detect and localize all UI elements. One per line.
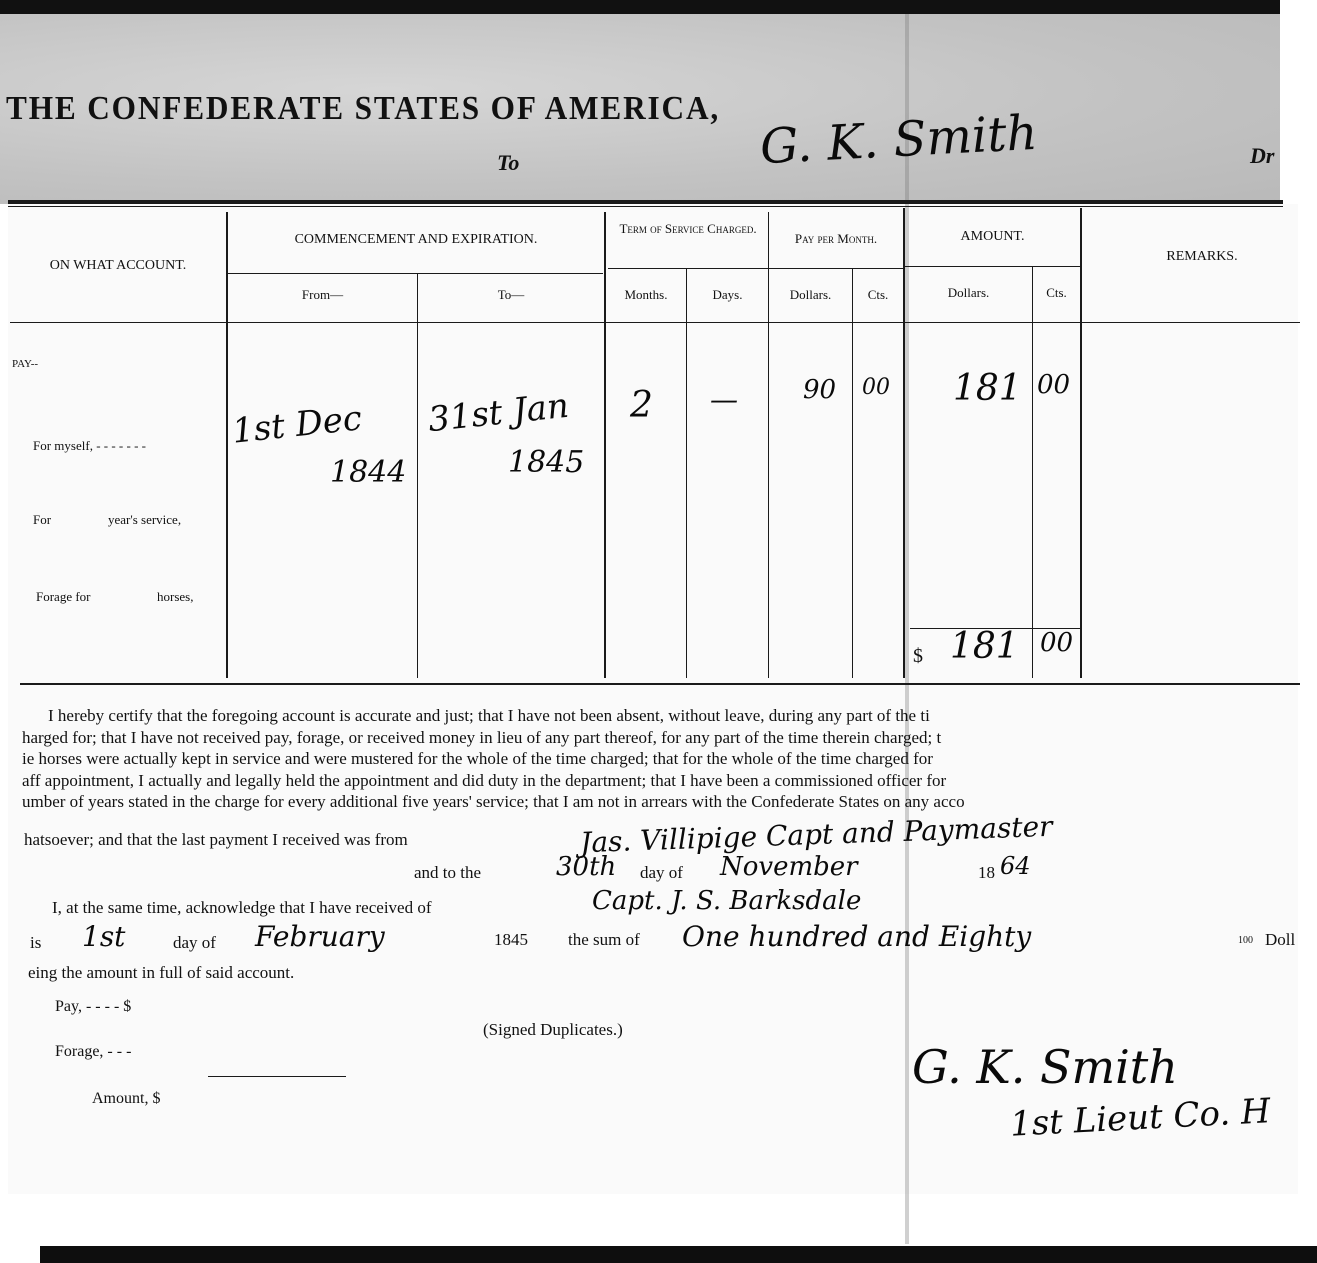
table-bottom-rule [20,683,1300,685]
dollars-label: Doll [1265,930,1295,950]
col-divider [1080,208,1082,678]
sum-in-words: One hundred and Eighty [682,920,1031,953]
scan-bottom-border [40,1246,1317,1263]
row-label-pay: PAY-- [12,358,38,370]
col-header-amount-cts: Cts. [1033,285,1080,301]
col-divider [226,212,228,678]
last-payment-label: hatsoever; and that the last payment I r… [24,830,408,850]
entry-days: — [710,383,738,416]
scan-top-border [0,0,1280,14]
col-header-amount: AMOUNT. [905,229,1080,245]
certification-line: I hereby certify that the foregoing acco… [22,705,1302,727]
col-header-pay-cts: Cts. [853,287,903,303]
day-of-label: day of [640,863,683,883]
col-header-term: Term of Service Charged. [608,222,768,236]
received-day: 1st [82,920,125,953]
signature-name: G. K. Smith [912,1040,1178,1094]
paper-fold-line [905,14,909,1244]
table-top-rule-thin [8,206,1283,207]
total-dollar-sign: $ [913,645,923,668]
received-of-name: Capt. J. S. Barksdale [592,886,861,916]
col-divider [417,273,418,678]
last-payment-day: 30th [556,852,616,882]
entry-total-dollars: 181 [950,626,1019,667]
document-title: THE CONFEDERATE STATES OF AMERICA, [6,90,720,128]
entry-total-cts: 00 [1040,628,1073,658]
scan-right-margin [1280,0,1317,200]
full-amount-label: eing the amount in full of said account. [28,963,294,983]
row-label-years-service: year's service, [108,512,181,528]
entry-amount-dollars: 181 [953,368,1022,409]
cents-fraction: 100 [1238,935,1253,946]
col-divider [686,268,687,678]
entry-pay-dollars: 90 [803,375,836,405]
col-header-remarks: REMARKS. [1082,249,1317,265]
received-month: February [255,920,385,953]
row-label-forage-for: Forage for [36,589,91,605]
received-day-of-label: day of [173,933,216,953]
summary-rule [208,1076,346,1077]
col-divider [1032,266,1033,678]
summary-pay: Pay, - - - - $ [55,998,131,1016]
summary-amount: Amount, $ [92,1090,160,1108]
certification-line: umber of years stated in the charge for … [22,791,1302,813]
row-label-horses: horses, [157,589,193,605]
commencement-subrule [228,273,603,274]
entry-pay-cts: 00 [862,375,890,400]
table-top-rule [8,200,1283,204]
header-bottom-rule [10,322,1300,323]
certification-line: aff appointment, I actually and legally … [22,770,1302,792]
term-pay-subrule [608,268,903,269]
this-label: is [30,933,41,953]
entry-to-year: 1845 [508,445,584,480]
col-header-amount-dollars: Dollars. [905,285,1032,301]
col-header-account: ON WHAT ACCOUNT. [10,258,226,274]
and-to-the-label: and to the [414,863,481,883]
col-divider [604,212,606,678]
col-header-days: Days. [687,287,768,303]
certification-line: ie horses were actually kept in service … [22,748,1302,770]
received-year: 1845 [494,930,528,950]
col-divider [852,268,853,678]
col-header-commencement: COMMENCEMENT AND EXPIRATION. [228,232,604,248]
col-header-from: From— [228,287,417,303]
certification-line: harged for; that I have not received pay… [22,727,1302,749]
entry-amount-cts: 00 [1037,370,1070,400]
col-header-pay-per-month: Pay per Month. [769,231,903,247]
col-divider [768,212,769,678]
col-header-months: Months. [606,287,686,303]
col-divider [903,208,905,678]
amount-subrule [905,266,1080,267]
entry-months: 2 [630,385,653,426]
signed-duplicates-note: (Signed Duplicates.) [483,1020,623,1040]
last-payment-year: 64 [1000,852,1031,880]
acknowledge-label: I, at the same time, acknowledge that I … [52,898,432,918]
summary-forage: Forage, - - - [55,1043,131,1061]
row-label-for-myself: For myself, - - - - - - - [33,438,146,454]
col-header-pay-dollars: Dollars. [769,287,852,303]
last-payment-month: November [720,852,858,882]
col-header-to: To— [418,287,604,303]
year-prefix: 18 [978,863,995,883]
debtor-label: Dr [1250,143,1274,169]
to-label: To [497,150,519,176]
sum-of-label: the sum of [568,930,640,950]
row-label-for: For [33,512,51,528]
certification-text: I hereby certify that the foregoing acco… [22,705,1302,813]
entry-from-year: 1844 [330,455,406,490]
